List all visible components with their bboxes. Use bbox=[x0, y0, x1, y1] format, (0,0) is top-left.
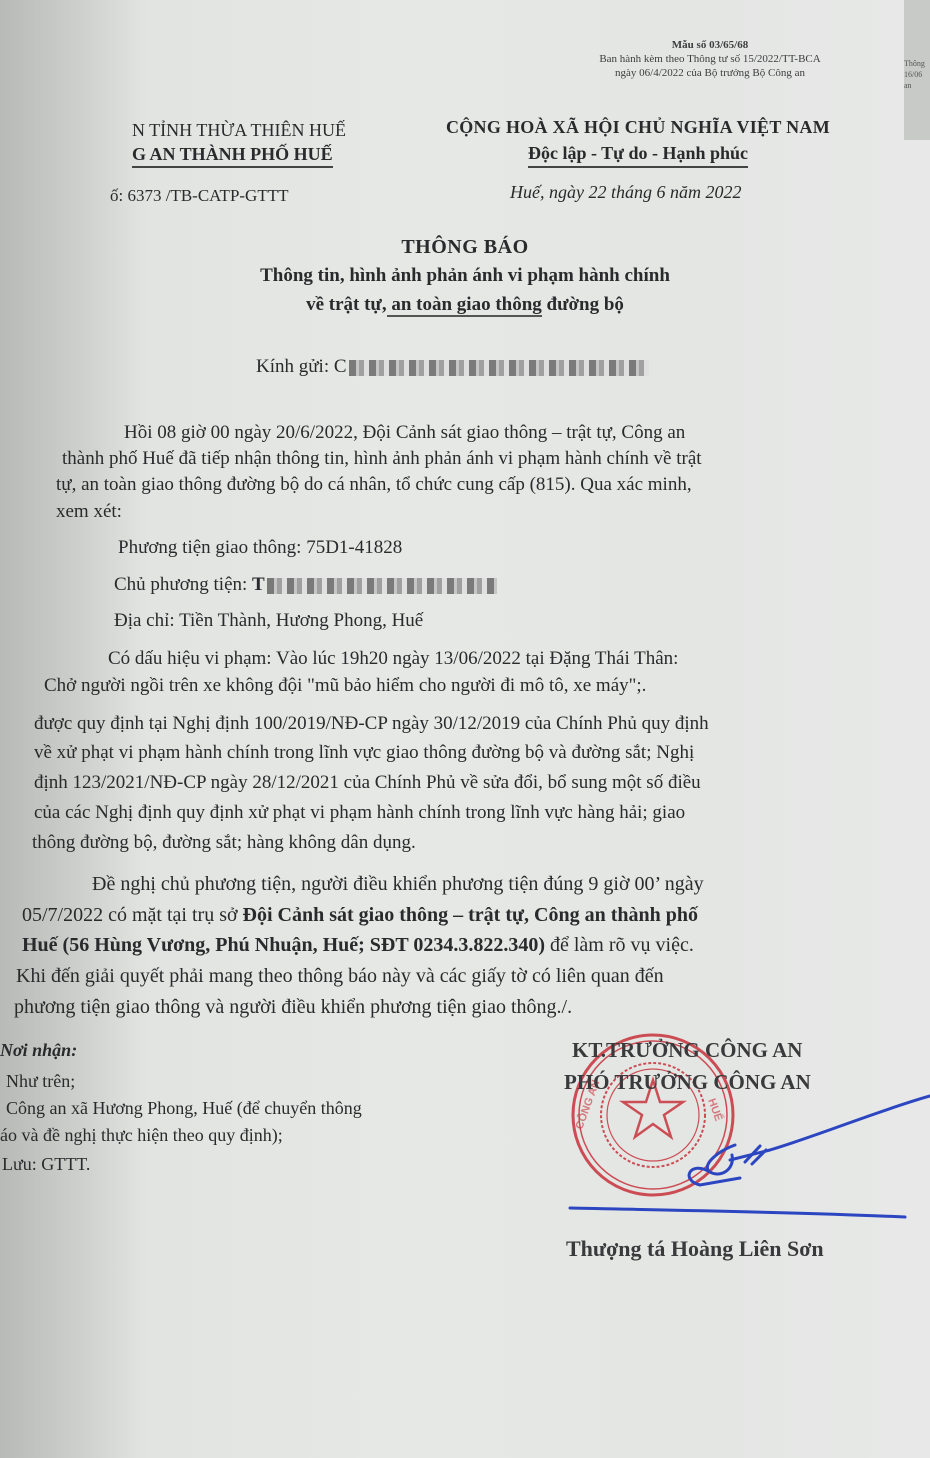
agency-line-1: N TỈNH THỪA THIÊN HUẾ bbox=[132, 118, 346, 142]
legal-line-2: về xử phạt vi phạm hành chính trong lĩnh… bbox=[34, 742, 694, 764]
form-issued-by: ngày 06/4/2022 của Bộ trưởng Bộ Công an bbox=[520, 66, 900, 80]
recipients-heading: Nơi nhận: bbox=[0, 1040, 77, 1061]
handwritten-signature bbox=[560, 1090, 930, 1230]
recipient-initial: C bbox=[334, 356, 347, 377]
document-subtitle-1: Thông tin, hình ảnh phản ánh vi phạm hàn… bbox=[0, 265, 930, 287]
national-header: CỘNG HOÀ XÃ HỘI CHỦ NGHĨA VIỆT NAM Độc l… bbox=[422, 114, 854, 168]
form-reference: Mẫu số 03/65/68 Ban hành kèm theo Thông … bbox=[520, 38, 900, 80]
vehicle-plate: Phương tiện giao thông: 75D1-41828 bbox=[118, 537, 402, 559]
request-line-5: phương tiện giao thông và người điều khi… bbox=[14, 996, 572, 1019]
nation-motto: Độc lập - Tự do - Hạnh phúc bbox=[528, 140, 748, 168]
recipients-item-2: Công an xã Hương Phong, Huế (để chuyển t… bbox=[6, 1098, 362, 1119]
owner-name-redacted bbox=[267, 578, 497, 594]
violation-line-2: Chở người ngồi trên xe không đội "mũ bảo… bbox=[44, 675, 646, 697]
request-line-2: 05/7/2022 có mặt tại trụ sở Đội Cảnh sát… bbox=[22, 904, 698, 927]
document-date: Huế, ngày 22 tháng 6 năm 2022 bbox=[510, 182, 741, 203]
document-page: Thông 16/06 an Mẫu số 03/65/68 Ban hành … bbox=[0, 0, 930, 1458]
legal-line-5: thông đường bộ, đường sắt; hàng không dâ… bbox=[32, 832, 416, 854]
legal-line-1: được quy định tại Nghị định 100/2019/NĐ-… bbox=[34, 713, 709, 735]
document-subtitle-2: về trật tự, an toàn giao thông đường bộ bbox=[0, 294, 930, 316]
request-line-3: Huế (56 Hùng Vương, Phú Nhuận, Huế; SĐT … bbox=[22, 934, 694, 957]
document-title: THÔNG BÁO bbox=[0, 236, 930, 259]
legal-line-4: của các Nghị định quy định xử phạt vi ph… bbox=[34, 802, 685, 824]
intro-line-2: thành phố Huế đã tiếp nhận thông tin, hì… bbox=[62, 448, 702, 470]
legal-line-3: định 123/2021/NĐ-CP ngày 28/12/2021 của … bbox=[34, 772, 701, 794]
recipient-label: Kính gửi: bbox=[256, 356, 334, 377]
adjacent-page-text: Thông 16/06 an bbox=[904, 58, 930, 91]
intro-line-4: xem xét: bbox=[56, 501, 122, 523]
recipient-line: Kính gửi: C bbox=[256, 356, 649, 378]
signer-name: Thượng tá Hoàng Liên Sơn bbox=[566, 1236, 824, 1262]
intro-line-1: Hồi 08 giờ 00 ngày 20/6/2022, Đội Cảnh s… bbox=[124, 422, 685, 444]
request-line-4: Khi đến giải quyết phải mang theo thông … bbox=[16, 965, 664, 988]
nation-name: CỘNG HOÀ XÃ HỘI CHỦ NGHĨA VIỆT NAM bbox=[422, 114, 854, 140]
agency-line-2: G AN THÀNH PHỐ HUẾ bbox=[132, 142, 333, 168]
violation-line-1: Có dấu hiệu vi phạm: Vào lúc 19h20 ngày … bbox=[108, 648, 678, 670]
form-issued-with: Ban hành kèm theo Thông tư số 15/2022/TT… bbox=[520, 52, 900, 66]
intro-line-3: tự, an toàn giao thông đường bộ do cá nh… bbox=[56, 474, 692, 496]
recipients-item-4: Lưu: GTTT. bbox=[2, 1154, 90, 1175]
recipient-name-redacted bbox=[349, 360, 649, 376]
recipients-item-1: Như trên; bbox=[6, 1071, 75, 1092]
issuing-agency: N TỈNH THỪA THIÊN HUẾ G AN THÀNH PHỐ HUẾ bbox=[132, 118, 346, 168]
request-line-1: Đề nghị chủ phương tiện, người điều khiể… bbox=[92, 873, 704, 896]
document-number: ố: 6373 /TB-CATP-GTTT bbox=[110, 186, 289, 206]
vehicle-owner: Chủ phương tiện: T bbox=[114, 574, 497, 596]
signature-title-1: KT.TRƯỞNG CÔNG AN bbox=[572, 1038, 802, 1063]
vehicle-address: Địa chỉ: Tiền Thành, Hương Phong, Huế bbox=[114, 610, 423, 632]
recipients-item-3: áo và đề nghị thực hiện theo quy định); bbox=[0, 1125, 283, 1146]
form-number: Mẫu số 03/65/68 bbox=[520, 38, 900, 52]
